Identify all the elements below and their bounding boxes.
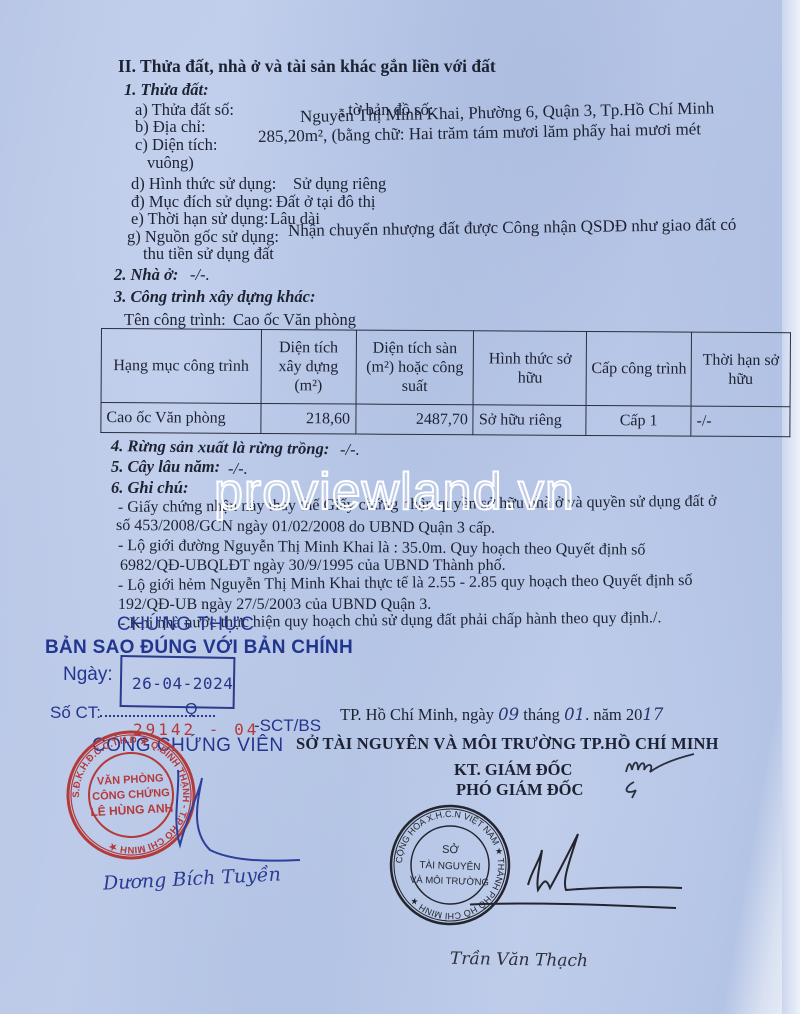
section-title: II. Thửa đất, nhà ở và tài sản khác gắn … [118, 57, 496, 75]
signing-date-prefix: TP. Hồ Chí Minh, ngày [340, 705, 494, 724]
other-works-heading: 3. Công trình xây dựng khác: [114, 288, 316, 306]
works-name-label: Tên công trình: [124, 311, 226, 329]
table-row: Cao ốc Văn phòng 218,60 2487,70 Sở hữu r… [101, 403, 790, 437]
use-form-label: d) Hình thức sử dụng: [131, 175, 276, 193]
initials-signature-icon [620, 752, 700, 802]
works-table: Hạng mục công trình Diện tích xây dựng (… [100, 328, 791, 437]
header-cell: Thời hạn sở hữu [691, 332, 790, 407]
works-name-value: Cao ốc Văn phòng [233, 311, 356, 329]
director-signature-icon [470, 830, 690, 920]
signing-year-label: năm 20 [593, 705, 642, 724]
land-heading: 1. Thửa đất: [124, 81, 209, 99]
header-cell: Diện tích sàn (m²) hoặc công suất [356, 330, 474, 405]
table-header-row: Hạng mục công trình Diện tích xây dựng (… [101, 329, 790, 407]
note-line: 6982/QĐ-UBQLĐT ngày 30/9/1995 của UBND T… [120, 557, 506, 575]
deputy-line2: PHÓ GIÁM ĐỐC [456, 781, 583, 799]
header-cell: Hạng mục công trình [101, 329, 261, 404]
address-label: b) Địa chỉ: [135, 118, 206, 136]
origin-value: Nhận chuyển nhượng đất được Công nhận QS… [288, 216, 737, 240]
agency-name: SỞ TÀI NGUYÊN VÀ MÔI TRƯỜNG TP.HỒ CHÍ MI… [296, 735, 719, 753]
signing-month-label: tháng [523, 705, 560, 724]
perennial-heading: 5. Cây lâu năm: [111, 458, 220, 476]
use-form-value: Sử dụng riêng [293, 175, 386, 193]
signing-month: 01 [564, 705, 585, 724]
house-value: -/-. [190, 266, 210, 284]
origin-value-cont: thu tiền sử dụng đất [143, 245, 274, 263]
forest-heading: 4. Rừng sản xuất là rừng trồng: [111, 437, 330, 458]
cert-number-label: Số CT: [50, 703, 101, 723]
forest-value: -/-. [340, 441, 360, 459]
signing-day: 09 [498, 705, 519, 724]
deputy-line1: KT. GIÁM ĐỐC [454, 761, 572, 779]
header-cell: Hình thức sở hữu [474, 331, 587, 406]
cert-title-line1: CHỨNG THỰC [117, 614, 254, 636]
area-label: c) Diện tích: [135, 136, 217, 154]
note-line: - Lộ giới hẻm Nguyễn Thị Minh Khai thực … [118, 572, 693, 595]
cert-number-suffix: -SCT/BS [254, 716, 321, 736]
signing-year-suffix: 17 [642, 705, 663, 724]
header-cell: Diện tích xây dựng (m²) [261, 329, 356, 404]
cell-item: Cao ốc Văn phòng [101, 403, 261, 434]
paper-edge [782, 0, 800, 1014]
cell-floor-area: 2487,70 [355, 404, 473, 435]
cell-grade: Cấp 1 [586, 405, 691, 436]
notary-name: Dương Bích Tuyền [103, 863, 282, 894]
cell-build-area: 218,60 [261, 403, 356, 434]
cert-number-dots [100, 703, 215, 717]
notary-signature-icon [150, 760, 310, 870]
signing-place-date: TP. Hồ Chí Minh, ngày 09 tháng 01. năm 2… [340, 706, 663, 724]
header-cell: Cấp công trình [586, 331, 691, 406]
notes-heading: 6. Ghi chú: [111, 479, 188, 497]
cell-term: -/- [691, 406, 790, 437]
signer-name: Trần Văn Thạch [450, 949, 588, 971]
watermark: proviewland.vn [214, 466, 575, 518]
cert-date-value: 26-04-2024 [132, 674, 233, 693]
area-value-cont: vuông) [147, 154, 194, 172]
official-seal-line: SỞ [442, 843, 460, 857]
house-heading: 2. Nhà ở: [114, 266, 178, 284]
cell-ownership: Sở hữu riêng [473, 405, 586, 436]
term-label: e) Thời hạn sử dụng: [131, 210, 268, 228]
cert-number-q: Q [185, 701, 197, 719]
cert-date-label: Ngày: [63, 664, 113, 686]
